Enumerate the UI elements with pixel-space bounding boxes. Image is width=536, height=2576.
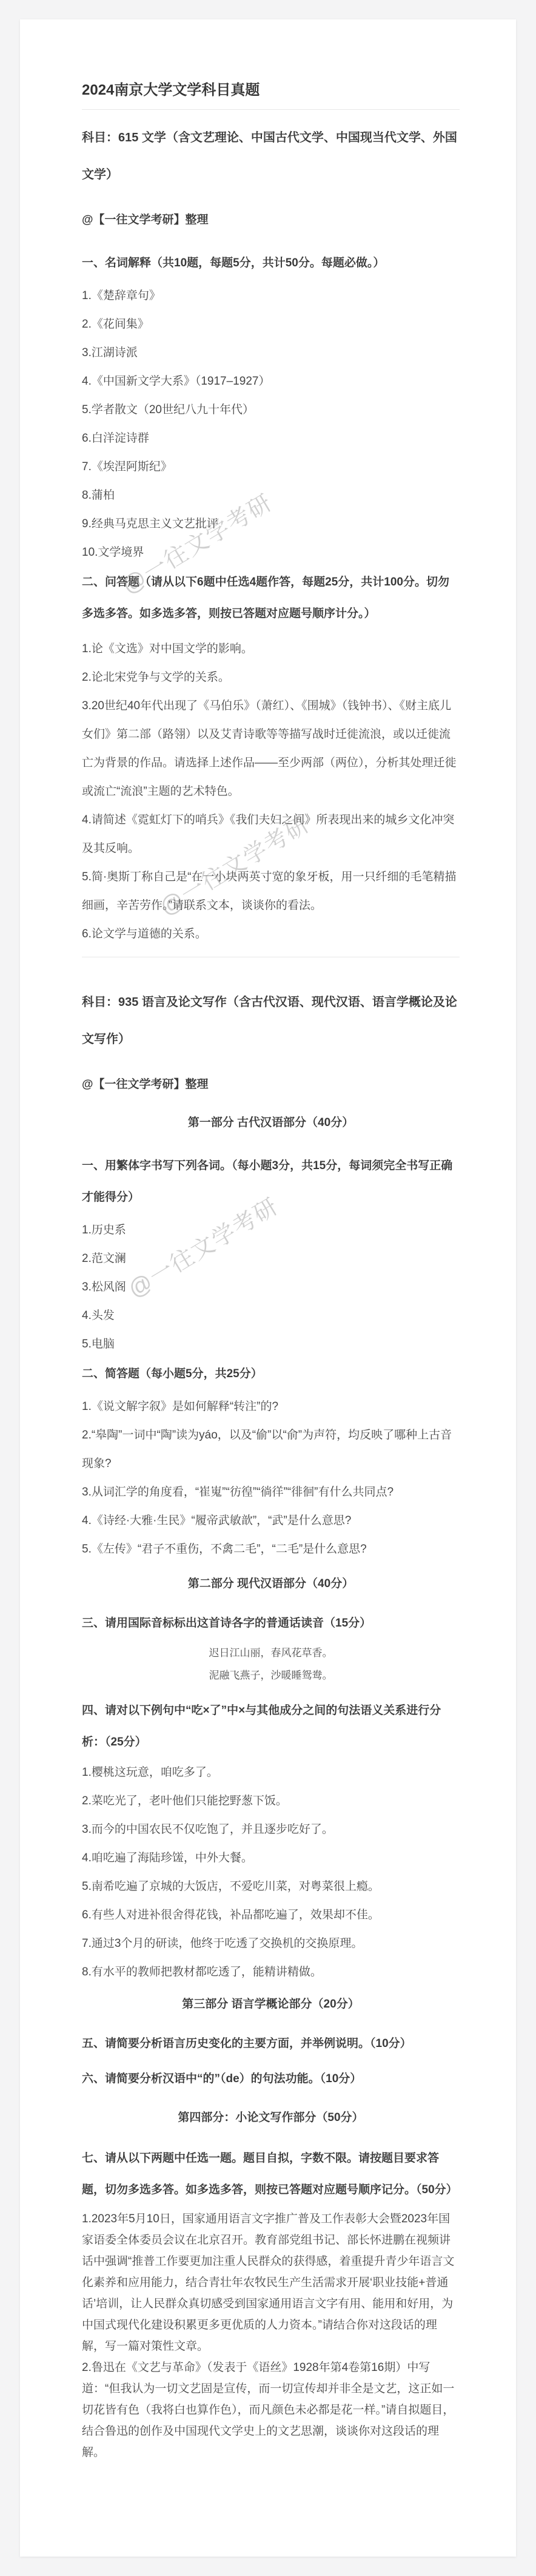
- page-title: 2024南京大学文学科目真题: [82, 80, 460, 101]
- exam935-q2-heading: 二、简答题（每小题5分，共25分）: [82, 1358, 460, 1390]
- exam935-part1-heading: 第一部分 古代汉语部分（40分）: [82, 1108, 460, 1137]
- hanzi-item: 1.历史系: [82, 1216, 460, 1244]
- short-answer-item: 5.《左传》“君子不重伤，不禽二毛”，“二毛”是什么意思?: [82, 1535, 460, 1563]
- short-answer-item: 1.《说文解字叙》是如何解释“转注”的?: [82, 1392, 460, 1421]
- exam935-part2-heading: 第二部分 现代汉语部分（40分）: [82, 1570, 460, 1598]
- essay-topic-item: 1.2023年5月10日，国家通用语言文字推广普及工作表彰大会暨2023年国家语…: [82, 2208, 460, 2357]
- chi-le-example-item: 6.有些人对进补很舍得花钱，补品都吃遍了，效果却不佳。: [82, 1901, 460, 1929]
- exam615-section1-heading: 一、名词解释（共10题，每题5分，共计50分。每题必做。）: [82, 248, 460, 279]
- essay-question-item: 6.论文学与道德的关系。: [82, 920, 460, 948]
- short-answer-item: 3.从词汇学的角度看，“崔嵬”“彷徨”“徜徉”“徘徊”有什么共同点?: [82, 1478, 460, 1506]
- glossary-item: 4.《中国新文学大系》（1917–1927）: [82, 367, 460, 396]
- title-divider: [82, 109, 460, 110]
- short-answer-item: 4.《诗经·大雅·生民》“履帝武敏歆”，“武”是什么意思?: [82, 1506, 460, 1535]
- essay-question-item: 1.论《文选》对中国文学的影响。: [82, 635, 460, 663]
- glossary-item: 3.江湖诗派: [82, 339, 460, 367]
- hanzi-item: 5.电脑: [82, 1330, 460, 1358]
- exam935-part3-heading: 第三部分 语言学概论部分（20分）: [82, 1990, 460, 2018]
- glossary-item: 9.经典马克思主义文艺批评: [82, 510, 460, 538]
- glossary-item: 1.《楚辞章句》: [82, 282, 460, 310]
- chi-le-example-item: 3.而今的中国农民不仅吃饱了，并且逐步吃好了。: [82, 1815, 460, 1844]
- chi-le-example-item: 8.有水平的教师把教材都吃透了，能精讲精做。: [82, 1958, 460, 1986]
- exam935-q5-heading: 五、请简要分析语言历史变化的主要方面，并举例说明。（10分）: [82, 2028, 460, 2060]
- exam935-credit: @【一往文学考研】整理: [82, 1070, 460, 1099]
- exam935-q7-heading: 七、请从以下两题中任选一题。题目自拟，字数不限。请按题目要求答题，切勿多选多答。…: [82, 2143, 460, 2206]
- essay-question-item: 4.请简述《霓虹灯下的哨兵》《我们夫妇之间》所表现出来的城乡文化冲突及其反响。: [82, 806, 460, 863]
- glossary-item: 6.白洋淀诗群: [82, 424, 460, 453]
- glossary-item: 2.《花间集》: [82, 310, 460, 339]
- chi-le-example-item: 4.咱吃遍了海陆珍馐，中外大餐。: [82, 1844, 460, 1872]
- section-divider: [82, 957, 460, 957]
- exam935-q6-heading: 六、请简要分析汉语中“的”（de）的句法功能。（10分）: [82, 2063, 460, 2095]
- exam615-subject: 科目：615 文学（含文艺理论、中国古代文学、中国现当代文学、外国文学）: [82, 120, 460, 194]
- essay-question-item: 5.简·奥斯丁称自己是“在一小块两英寸宽的象牙板，用一只纤细的毛笔精描细画，辛苦…: [82, 863, 460, 920]
- exam615-section2-heading: 二、问答题（请从以下6题中任选4题作答，每题25分，共计100分。切勿多选多答。…: [82, 567, 460, 630]
- hanzi-item: 4.头发: [82, 1301, 460, 1330]
- exam-document-card: @一往文学考研 @一往文学考研 @一往文学考研 2024南京大学文学科目真题 科…: [20, 19, 516, 2557]
- exam615-credit: @【一往文学考研】整理: [82, 206, 460, 234]
- chi-le-example-item: 7.通过3个月的研读，他终于吃透了交换机的交换原理。: [82, 1929, 460, 1958]
- chi-le-example-item: 1.樱桃这玩意，咱吃多了。: [82, 1758, 460, 1787]
- exam935-part4-heading: 第四部分：小论文写作部分（50分）: [82, 2103, 460, 2132]
- hanzi-item: 3.松风阁: [82, 1273, 460, 1301]
- exam935-q4-heading: 四、请对以下例句中“吃×了”中×与其他成分之间的句法语义关系进行分析：（25分）: [82, 1695, 460, 1758]
- short-answer-item: 2.“皋陶”一词中“陶”读为yáo，以及“偷”以“俞”为声符，均反映了哪种上古音…: [82, 1421, 460, 1478]
- poem-line: 泥融飞燕子，沙暖睡鸳鸯。: [82, 1664, 460, 1687]
- hanzi-item: 2.范文澜: [82, 1244, 460, 1273]
- exam935-q1-heading: 一、用繁体字书写下列各词。（每小题3分，共15分，每词须完全书写正确才能得分）: [82, 1150, 460, 1213]
- essay-topic-item: 2.鲁迅在《文艺与革命》（发表于《语丝》1928年第4卷第16期）中写道：“但我…: [82, 2357, 460, 2463]
- essay-question-item: 2.论北宋党争与文学的关系。: [82, 663, 460, 692]
- exam935-q3-heading: 三、请用国际音标标出这首诗各字的普通话读音（15分）: [82, 1608, 460, 1639]
- glossary-item: 10.文学境界: [82, 538, 460, 567]
- glossary-item: 5.学者散文（20世纪八九十年代）: [82, 396, 460, 424]
- chi-le-example-item: 2.菜吃光了，老叶他们只能挖野葱下饭。: [82, 1787, 460, 1815]
- page: @一往文学考研 @一往文学考研 @一往文学考研 2024南京大学文学科目真题 科…: [0, 19, 536, 2557]
- exam935-subject: 科目：935 语言及论文写作（含古代汉语、现代汉语、语言学概论及论文写作）: [82, 984, 460, 1058]
- chi-le-example-item: 5.南希吃遍了京城的大饭店，不爱吃川菜，对粤菜很上瘾。: [82, 1872, 460, 1901]
- glossary-item: 8.蒲柏: [82, 481, 460, 510]
- poem-line: 迟日江山丽，春风花草香。: [82, 1642, 460, 1664]
- essay-question-item: 3.20世纪40年代出现了《马伯乐》（萧红）、《围城》（钱钟书）、《财主底儿女们…: [82, 692, 460, 806]
- glossary-item: 7.《埃涅阿斯纪》: [82, 453, 460, 481]
